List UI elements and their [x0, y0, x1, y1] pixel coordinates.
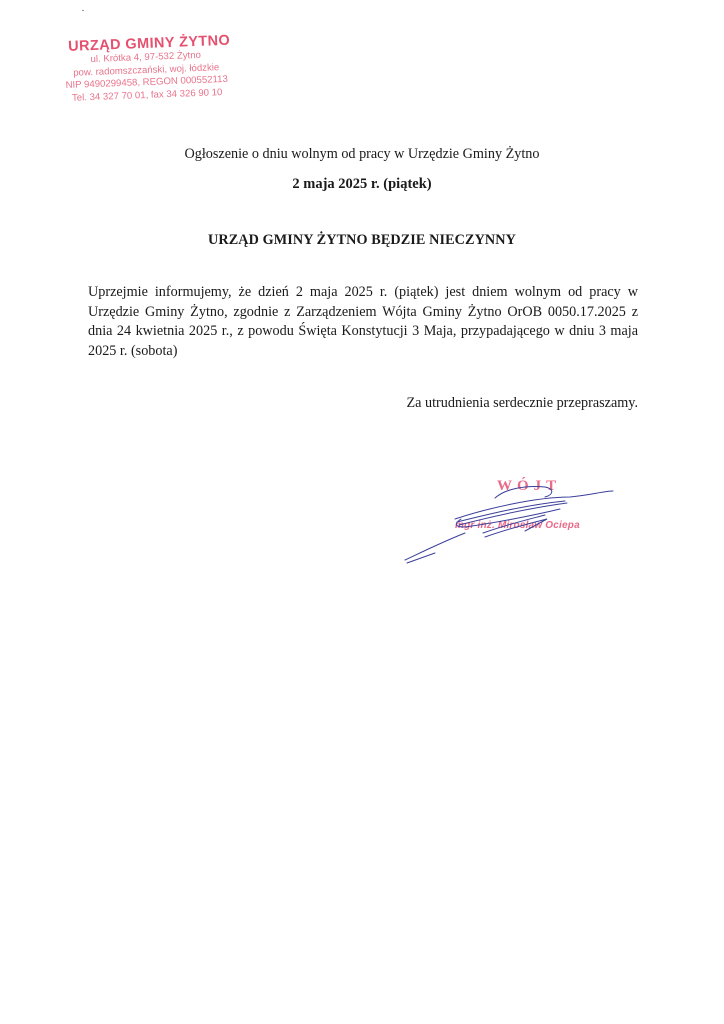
announcement-title: Ogłoszenie o dniu wolnym od pracy w Urzę…: [0, 146, 724, 163]
signature-block: WÓJT mgr inż. Mirosław Ociepa: [395, 475, 625, 575]
closing-line: Za utrudnienia serdecznie przepraszamy.: [407, 395, 638, 412]
office-stamp: URZĄD GMINY ŻYTNO ul. Krótka 4, 97-532 Ż…: [40, 32, 252, 106]
headline: URZĄD GMINY ŻYTNO BĘDZIE NIECZYNNY: [0, 232, 724, 249]
body-paragraph: Uprzejmie informujemy, że dzień 2 maja 2…: [88, 283, 638, 361]
handwritten-signature: [395, 475, 625, 575]
date-line: 2 maja 2025 r. (piątek): [0, 176, 724, 193]
scan-speck: [82, 10, 84, 11]
